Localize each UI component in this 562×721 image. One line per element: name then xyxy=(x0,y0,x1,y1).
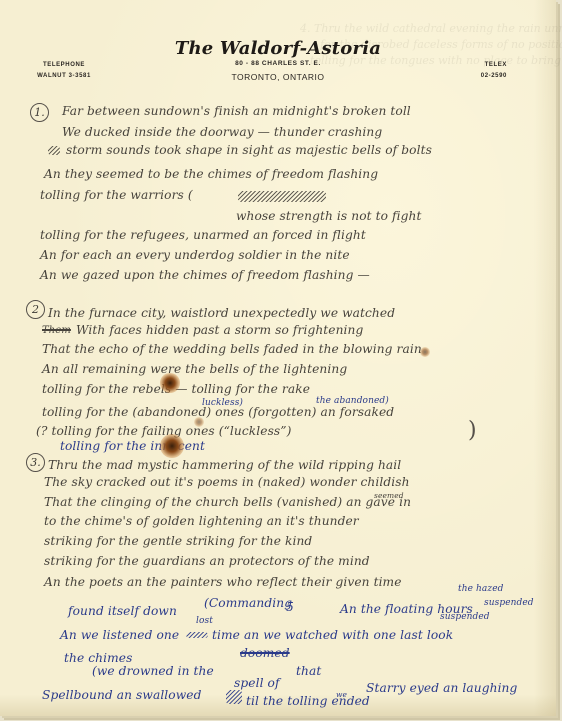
stanza-3-line-4: to the chime's of golden lightening an i… xyxy=(44,514,359,528)
blue-annotation-that: that xyxy=(296,664,321,678)
stanza-3-line-1: Thru the mad mystic hammering of the wil… xyxy=(48,458,401,472)
stanza-2-line-4: An all remaining were the bells of the l… xyxy=(42,362,347,376)
blue-annotation-hazed: the hazed xyxy=(458,584,504,594)
blue-annotation-we: we xyxy=(336,690,347,699)
stanza-number-2: 2 xyxy=(26,300,45,319)
blue-line-found-itself-down: found itself down xyxy=(68,604,177,618)
stanza-2-line-1: In the furnace city, waistlord unexpecte… xyxy=(48,306,395,320)
telephone-label: TELEPHONE xyxy=(34,60,94,71)
blue-line-commanding: (Commanding xyxy=(204,596,292,610)
telex-number: 02-2590 xyxy=(455,71,507,82)
crossed-out-word xyxy=(186,632,208,638)
stanza-1-line-6: whose strength is not to fight xyxy=(236,209,421,223)
burn-mark xyxy=(160,373,180,393)
burn-mark xyxy=(194,417,204,427)
stanza-1-line-5: tolling for the warriors ( xyxy=(40,188,193,202)
stanza-number-1: 1. xyxy=(30,103,49,122)
blue-line-spellbound: Spellbound an swallowed xyxy=(42,688,202,702)
hotel-name: The Waldorf-Astoria xyxy=(0,38,556,59)
stanza-3-line-3: That the clinging of the church bells (v… xyxy=(44,495,411,509)
burn-mark xyxy=(420,347,430,357)
telephone-block: TELEPHONE WALNUT 3-3581 xyxy=(34,60,94,82)
stanza-2-line-2: With faces hidden past a storm so fright… xyxy=(76,323,363,337)
address-line-1: 80 - 88 CHARLES ST. E. xyxy=(170,60,386,67)
letterhead: The Waldorf-Astoria TELEPHONE WALNUT 3-3… xyxy=(0,0,556,90)
struck-doomed: doomed xyxy=(240,646,290,660)
closing-parenthesis: ) xyxy=(468,418,477,443)
letter-page: 4. Thru the wild cathedral evening the r… xyxy=(0,0,556,716)
blue-line-tolling-ended: til the tolling ended xyxy=(246,694,370,708)
address-line-2: TORONTO, ONTARIO xyxy=(170,72,386,82)
burn-mark xyxy=(160,434,184,458)
blue-line-listened: An we listened one xyxy=(60,628,179,642)
crossed-out-phrase xyxy=(238,191,326,202)
stanza-1-line-4: An they seemed to be the chimes of freed… xyxy=(44,167,378,181)
telex-label: TELEX xyxy=(455,60,507,71)
stanza-2-line-3: That the echo of the wedding bells faded… xyxy=(42,342,422,356)
stanza-1-line-1: Far between sundown's finish an midnight… xyxy=(62,104,411,118)
stanza-3-line-5: striking for the gentle striking for the… xyxy=(44,534,312,548)
stanza-3-line-2: The sky cracked out it's poems in (naked… xyxy=(44,475,410,489)
stanza-number-3: 3. xyxy=(26,453,45,472)
blue-annotation-spell-of: spell of xyxy=(234,676,280,690)
telephone-number: WALNUT 3-3581 xyxy=(34,71,94,82)
blue-line-number-5: 5 xyxy=(286,600,294,614)
stanza-1-line-2: We ducked inside the doorway — thunder c… xyxy=(62,125,382,139)
blue-annotation-lost: lost xyxy=(196,616,213,626)
stanza-3-line-6: striking for the guardians an protectors… xyxy=(44,554,370,568)
stanza-2-line-6: tolling for the (abandoned) ones (forgot… xyxy=(42,405,394,419)
blue-line-watched: time an we watched with one last look xyxy=(212,628,453,642)
stanza-1-line-7: tolling for the refugees, unarmed an for… xyxy=(40,228,366,242)
stanza-3-line-7: An the poets an the painters who reflect… xyxy=(44,575,402,589)
blue-annotation-suspended-1: suspended xyxy=(484,598,534,608)
scribbled-out-word xyxy=(226,690,242,704)
stanza-1-line-9: An we gazed upon the chimes of freedom f… xyxy=(40,268,370,282)
scribbled-out-word xyxy=(48,146,60,155)
stanza-1-line-8: An for each an every underdog soldier in… xyxy=(40,248,350,262)
blue-annotation-suspended-2: suspended xyxy=(440,612,490,622)
blue-line-the-chimes: the chimes xyxy=(64,651,132,665)
telex-block: TELEX 02-2590 xyxy=(455,60,507,82)
blue-line-starry-eyed: Starry eyed an laughing xyxy=(366,681,517,695)
stanza-1-line-3: storm sounds took shape in sight as maje… xyxy=(66,143,432,157)
struck-word: Them xyxy=(42,325,71,336)
blue-line-drowned: (we drowned in the xyxy=(92,664,214,678)
